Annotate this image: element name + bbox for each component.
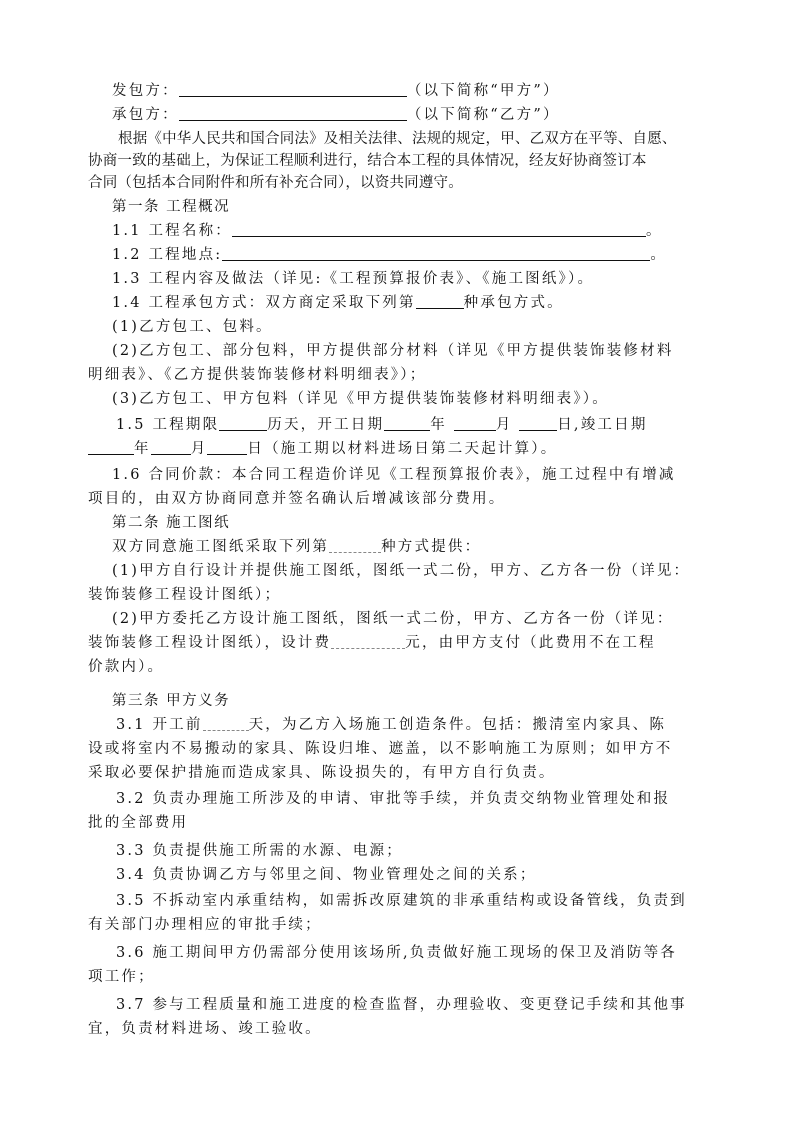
clause-3-1-line-1: 3.1 开工前天，为乙方入场施工创造条件。包括：搬清室内家具、陈 xyxy=(116,714,714,736)
start-month-label: 月 xyxy=(496,417,513,433)
clause-3-5-line-1: 3.5 不拆动室内承重结构，如需拆改原建筑的非承重结构或设备管线，负责到 xyxy=(116,890,714,912)
clause-3-6-line-2: 项工作； xyxy=(88,966,710,988)
clause-3-7-line-1: 3.7 参与工程质量和施工进度的检查监督，办理验收、变更登记手续和其他事 xyxy=(116,994,714,1016)
contractor-label: 承包方： xyxy=(112,107,179,123)
end-year-blank[interactable] xyxy=(88,438,134,455)
project-location-blank[interactable] xyxy=(222,244,650,261)
design-fee-post: 元，由甲方支付（此费用不在工程 xyxy=(405,635,656,651)
article3-title: 第三条 甲方义务 xyxy=(112,690,710,712)
contract-mode-post: 种承包方式。 xyxy=(464,295,564,311)
price-line-2: 项目的，由双方协商同意并签名确认后增减该部分费用。 xyxy=(88,488,710,510)
period-days-blank[interactable] xyxy=(219,414,267,431)
end-year-label: 年 xyxy=(134,441,151,457)
end-day-blank[interactable] xyxy=(207,438,247,455)
preamble-line-3: 合同（包括本合同附件和所有补充合同），以资共同遵守。 xyxy=(88,172,710,194)
design-fee-pre: 装饰装修工程设计图纸），设计费 xyxy=(88,635,331,651)
project-name-end: 。 xyxy=(646,223,663,239)
employer-suffix: （以下简称“甲方”） xyxy=(407,83,560,99)
drawings-option-2-line-2: 装饰装修工程设计图纸），设计费元，由甲方支付（此费用不在工程 xyxy=(88,632,710,654)
end-day-label: 日（施工期以材料进场日第二天起计算）。 xyxy=(247,441,557,457)
period-label: 1.5 工程期限 xyxy=(116,417,219,433)
clause-3-1-line-3: 采取必要保护措施而造成家具、陈设损失的，有甲方自行负责。 xyxy=(88,762,710,784)
contract-page: 发包方：（以下简称“甲方”） 承包方：（以下简称“乙方”） 根据《中华人民共和国… xyxy=(0,0,793,1122)
article1-title: 第一条 工程概况 xyxy=(112,196,710,218)
clause-3-1-pre: 3.1 开工前 xyxy=(116,717,203,733)
clause-3-1-post: 天，为乙方入场施工创造条件。包括：搬清室内家具、陈 xyxy=(249,717,667,733)
period-line-2: 年月日（施工期以材料进场日第二天起计算）。 xyxy=(88,438,710,460)
end-date-label: 日,竣工日期 xyxy=(557,417,647,433)
drawings-intro-pre: 双方同意施工图纸采取下列第 xyxy=(112,539,329,555)
project-location-end: 。 xyxy=(650,247,667,263)
contract-mode-pre: 1.4 工程承包方式：双方商定采取下列第 xyxy=(112,295,416,311)
project-location-line: 1.2 工程地点:。 xyxy=(112,244,710,266)
price-line-1: 1.6 合同价款：本合同工程造价详见《工程预算报价表》，施工过程中有增减 xyxy=(112,464,710,486)
drawings-intro-line: 双方同意施工图纸采取下列第种方式提供： xyxy=(112,536,710,558)
drawings-option-1-line-1: (1)甲方自行设计并提供施工图纸，图纸一式二份，甲方、乙方各一份（详见： xyxy=(112,560,710,582)
project-name-line: 1.1 工程名称：。 xyxy=(112,220,710,242)
mode-option-1: (1)乙方包工、包料。 xyxy=(112,316,710,338)
contract-mode-blank[interactable] xyxy=(416,292,464,309)
clause-3-6-line-1: 3.6 施工期间甲方仍需部分使用该场所,负责做好施工现场的保卫及消防等各 xyxy=(116,942,714,964)
start-day-blank[interactable] xyxy=(519,414,557,431)
clause-3-5-line-2: 有关部门办理相应的审批手续； xyxy=(88,914,710,936)
end-month-label: 月 xyxy=(191,441,208,457)
clause-3-7-line-2: 宜，负责材料进场、竣工验收。 xyxy=(88,1018,710,1040)
mode-option-2-line-2: 明细表》、《乙方提供装饰装修材料明细表》）； xyxy=(88,364,710,386)
design-fee-blank[interactable] xyxy=(331,632,405,649)
employer-line: 发包方：（以下简称“甲方”） xyxy=(112,80,710,102)
drawings-option-2-line-3: 价款内）。 xyxy=(88,656,710,678)
drawings-mode-blank[interactable] xyxy=(329,536,381,553)
period-start-label: 历天，开工日期 xyxy=(267,417,384,433)
project-content-line: 1.3 工程内容及做法（详见:《工程预算报价表》、《施工图纸》）。 xyxy=(112,268,710,290)
mode-option-2-line-1: (2)乙方包工、部分包料，甲方提供部分材料（详见《甲方提供装饰装修材料 xyxy=(112,340,710,362)
period-line-1: 1.5 工程期限历天，开工日期年 月 日,竣工日期 xyxy=(116,414,714,436)
project-location-label: 1.2 工程地点: xyxy=(112,247,222,263)
clause-3-2-line-1: 3.2 负责办理施工所涉及的申请、审批等手续，并负责交纳物业管理处和报 xyxy=(116,788,714,810)
drawings-option-1-line-2: 装饰装修工程设计图纸）； xyxy=(88,584,710,606)
start-year-label: 年 xyxy=(430,417,447,433)
clause-3-3: 3.3 负责提供施工所需的水源、电源； xyxy=(116,840,714,862)
clause-3-1-line-2: 设或将室内不易搬动的家具、陈设归堆、遮盖，以不影响施工为原则；如甲方不 xyxy=(88,738,710,760)
clause-3-4: 3.4 负责协调乙方与邻里之间、物业管理处之间的关系； xyxy=(116,864,714,886)
contractor-blank[interactable] xyxy=(179,104,407,121)
article2-title: 第二条 施工图纸 xyxy=(112,512,710,534)
preamble-line-2: 协商一致的基础上，为保证工程顺利进行，结合本工程的具体情况，经友好协商签订本 xyxy=(88,150,710,172)
contractor-suffix: （以下简称“乙方”） xyxy=(407,107,560,123)
clause-3-2-line-2: 批的全部费用 xyxy=(88,812,710,834)
preamble-line-1: 根据《中华人民共和国合同法》及相关法律、法规的规定，甲、乙双方在平等、自愿、 xyxy=(118,128,710,150)
contractor-line: 承包方：（以下简称“乙方”） xyxy=(112,104,710,126)
project-name-blank[interactable] xyxy=(232,220,646,237)
drawings-option-2-line-1: (2)甲方委托乙方设计施工图纸，图纸一式二份，甲方、乙方各一份（详见： xyxy=(112,608,710,630)
start-month-blank[interactable] xyxy=(454,414,496,431)
end-month-blank[interactable] xyxy=(151,438,191,455)
prep-days-blank[interactable] xyxy=(203,714,249,731)
mode-option-3: (3)乙方包工、甲方包料（详见《甲方提供装饰装修材料明细表》）。 xyxy=(112,388,710,410)
project-name-label: 1.1 工程名称： xyxy=(112,223,232,239)
drawings-intro-post: 种方式提供： xyxy=(381,539,481,555)
employer-label: 发包方： xyxy=(112,83,179,99)
contract-mode-line: 1.4 工程承包方式：双方商定采取下列第种承包方式。 xyxy=(112,292,710,314)
start-year-blank[interactable] xyxy=(384,414,430,431)
employer-blank[interactable] xyxy=(179,80,407,97)
